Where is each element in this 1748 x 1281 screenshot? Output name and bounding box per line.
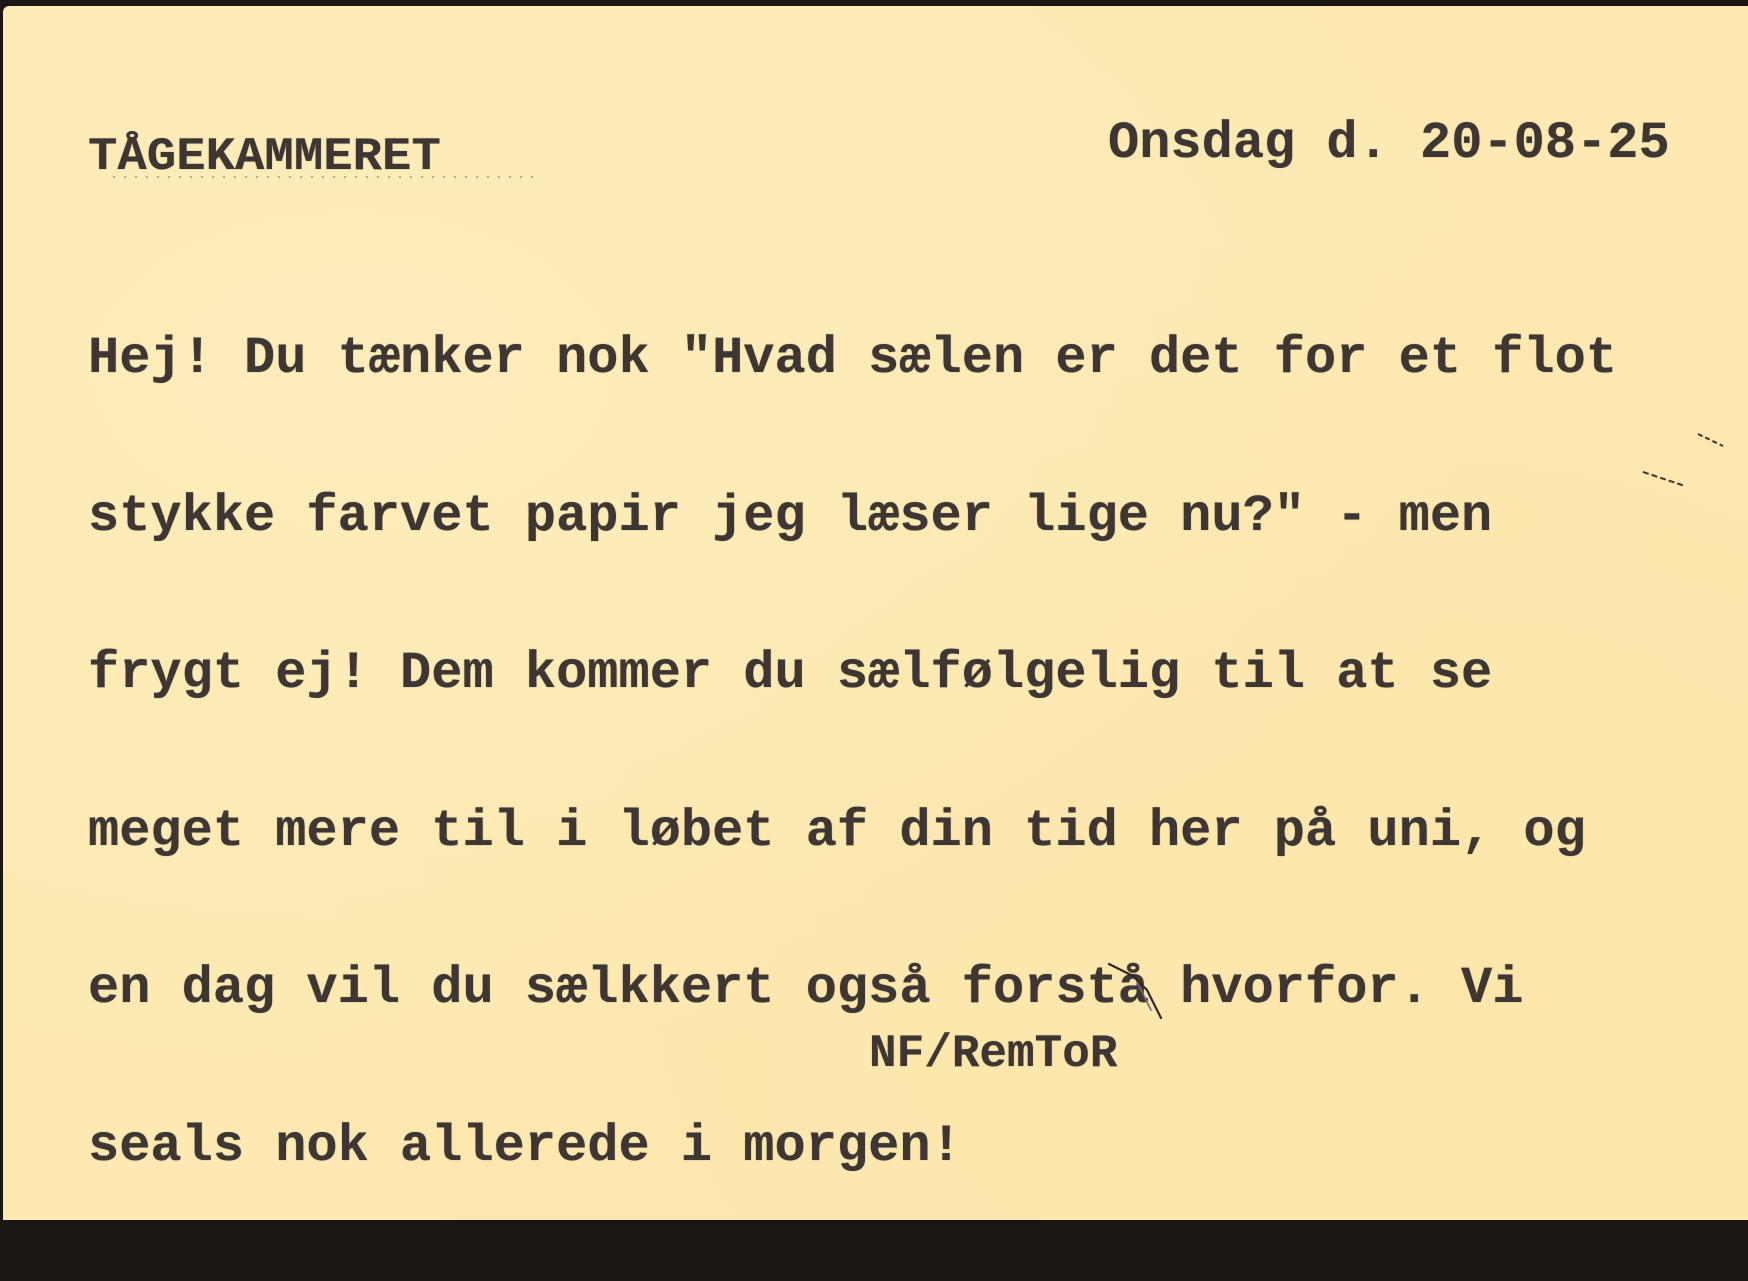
message-line: stykke farvet papir jeg læser lige nu?" … — [88, 491, 1617, 544]
signature: NF/RemToR — [869, 1028, 1117, 1080]
paper-card: TÅGEKAMMERET Onsdag d. 20-08-25 Hej! Du … — [3, 6, 1748, 1220]
message-body: Hej! Du tænker nok "Hvad sælen er det fo… — [88, 228, 1617, 1220]
pen-mark-icon — [1103, 956, 1173, 1026]
message-line: Hej! Du tænker nok "Hvad sælen er det fo… — [88, 333, 1617, 386]
message-line: frygt ej! Dem kommer du sælfølgelig til … — [88, 648, 1617, 701]
date-line: Onsdag d. 20-08-25 — [1108, 114, 1670, 173]
stray-mark-icon — [1623, 426, 1733, 496]
message-line: en dag vil du sælkkert også forstå hvorf… — [88, 963, 1617, 1016]
message-line: seals nok allerede i morgen! — [88, 1121, 1617, 1174]
message-line: meget mere til i løbet af din tid her på… — [88, 806, 1617, 859]
underline-dots-icon — [113, 171, 533, 183]
